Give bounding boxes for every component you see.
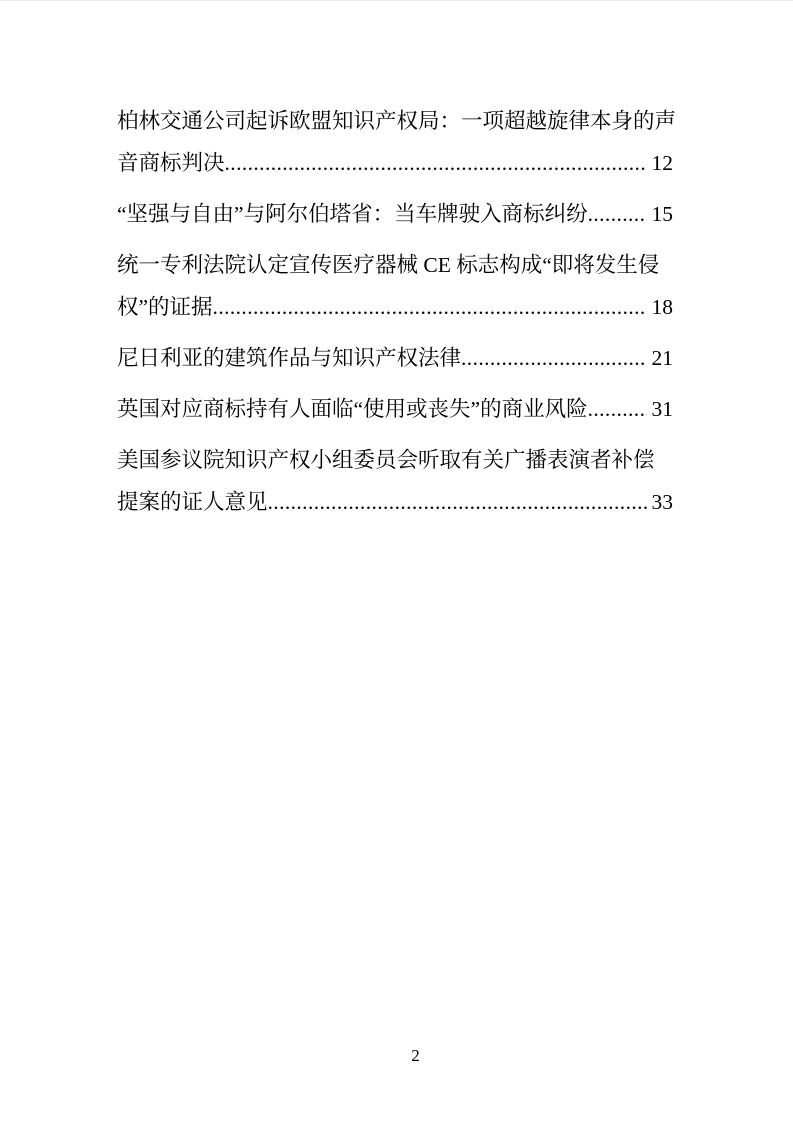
toc-dot-leader: ........................................… (588, 193, 647, 235)
table-of-contents: 柏林交通公司起诉欧盟知识产权局：一项超越旋律本身的声 音商标判决 .......… (117, 100, 673, 532)
toc-page-number: 18 (652, 286, 674, 328)
toc-entry[interactable]: 英国对应商标持有人面临“使用或丧失”的商业风险 ................… (117, 388, 673, 430)
toc-entry-text: “坚强与自由”与阿尔伯塔省：当车牌驶入商标纠纷 (117, 193, 588, 235)
toc-entry[interactable]: “坚强与自由”与阿尔伯塔省：当车牌驶入商标纠纷 ................… (117, 193, 673, 235)
toc-dot-leader: ........................................… (268, 481, 647, 523)
toc-entry-text: 提案的证人意见 (117, 481, 268, 523)
toc-entry-text: 美国参议院知识产权小组委员会听取有关广播表演者补偿 (117, 439, 673, 481)
document-page: 柏林交通公司起诉欧盟知识产权局：一项超越旋律本身的声 音商标判决 .......… (0, 0, 793, 1122)
toc-entry-text: 柏林交通公司起诉欧盟知识产权局：一项超越旋律本身的声 (117, 100, 673, 142)
toc-dot-leader: ........................................… (213, 286, 647, 328)
toc-entry-text: 音商标判决 (117, 142, 225, 184)
toc-entry-text: 英国对应商标持有人面临“使用或丧失”的商业风险 (117, 388, 588, 430)
toc-entry[interactable]: 美国参议院知识产权小组委员会听取有关广播表演者补偿 提案的证人意见 ......… (117, 439, 673, 523)
page-footer: 2 (0, 1047, 793, 1064)
toc-page-number: 33 (652, 481, 674, 523)
toc-entry[interactable]: 统一专利法院认定宣传医疗器械 CE 标志构成“即将发生侵 权”的证据 .....… (117, 244, 673, 328)
toc-entry-text: 尼日利亚的建筑作品与知识产权法律 (117, 337, 461, 379)
toc-dot-leader: ........................................… (461, 337, 646, 379)
toc-page-number: 12 (652, 142, 674, 184)
toc-page-number: 15 (652, 193, 674, 235)
toc-dot-leader: ........................................… (225, 142, 647, 184)
toc-dot-leader: ........................................… (588, 388, 647, 430)
toc-entry[interactable]: 尼日利亚的建筑作品与知识产权法律 .......................… (117, 337, 673, 379)
toc-page-number: 31 (652, 388, 674, 430)
toc-entry-text: 权”的证据 (117, 286, 213, 328)
toc-page-number: 21 (652, 337, 674, 379)
toc-entry-text: 统一专利法院认定宣传医疗器械 CE 标志构成“即将发生侵 (117, 244, 673, 286)
toc-entry[interactable]: 柏林交通公司起诉欧盟知识产权局：一项超越旋律本身的声 音商标判决 .......… (117, 100, 673, 184)
footer-page-number: 2 (411, 1046, 420, 1065)
